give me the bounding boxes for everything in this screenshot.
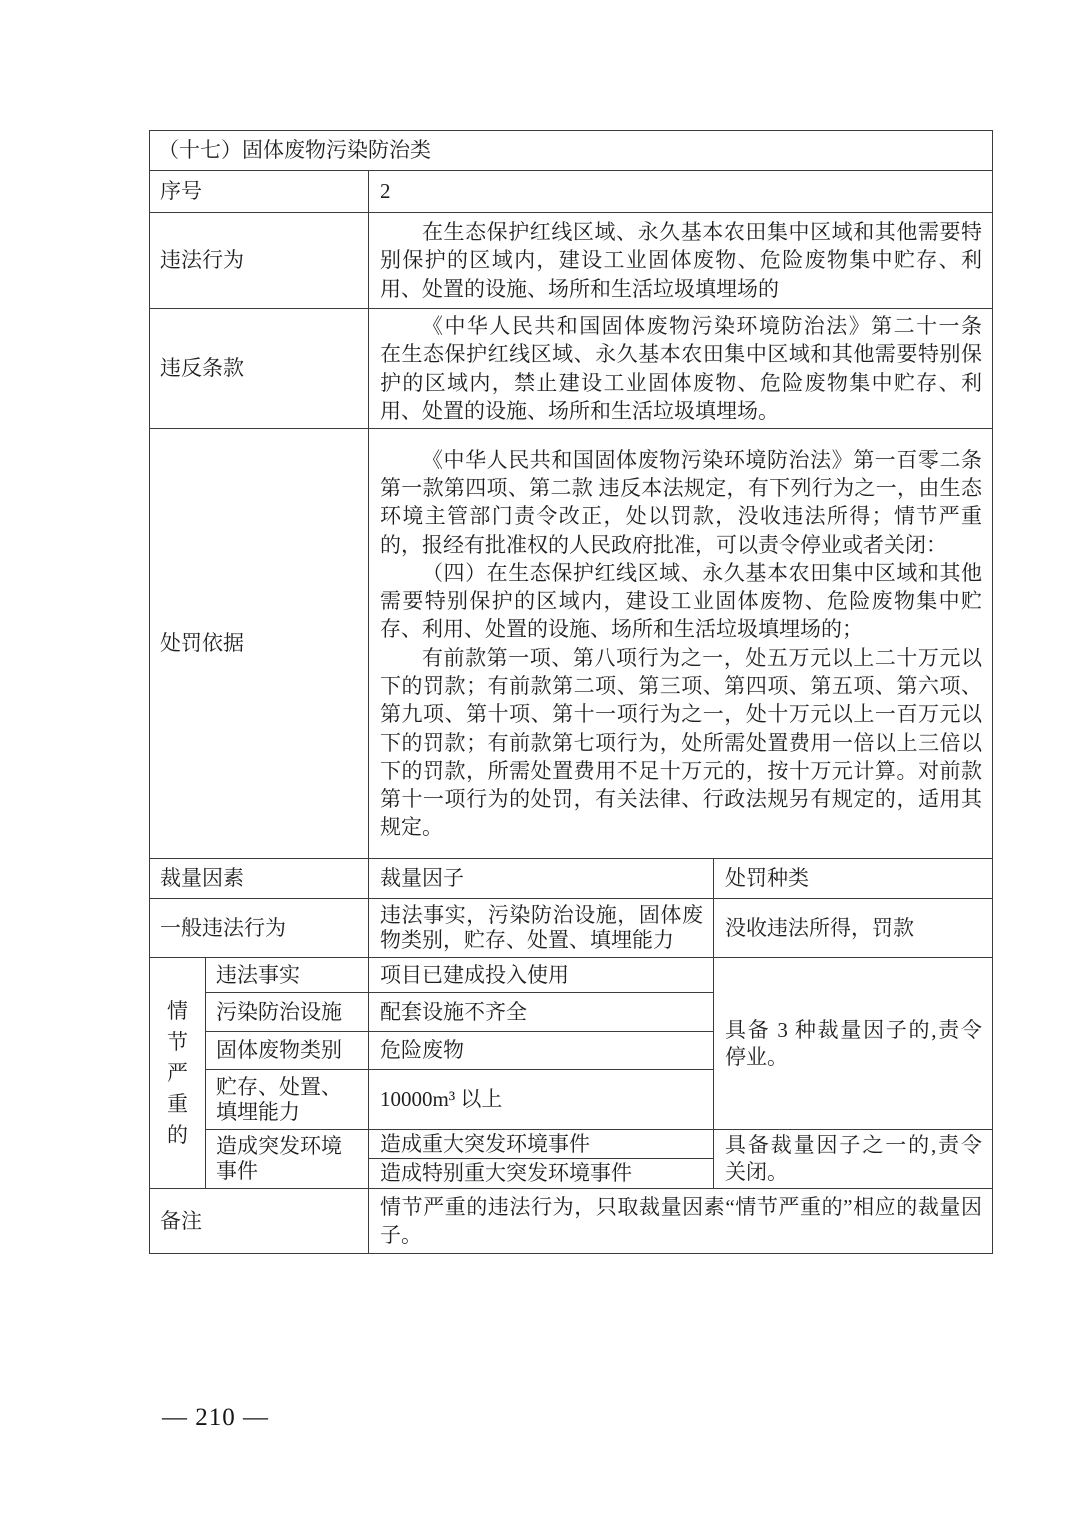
row-severe-incident-major: 造成突发环境事件 造成重大突发环境事件 具备裁量因子之一的,责令关闭。	[150, 1130, 993, 1159]
severe-incident-extreme-value: 造成特别重大突发环境事件	[369, 1159, 714, 1189]
severe-label-cell: 情节严重的	[150, 958, 206, 1189]
row-remark: 备注 情节严重的违法行为，只取裁量因素“情节严重的”相应的裁量因子。	[150, 1189, 993, 1254]
penalty-type-header: 处罚种类	[714, 859, 993, 899]
factor-header: 裁量因子	[369, 859, 714, 899]
remark-label: 备注	[150, 1189, 369, 1254]
clause-text-cell: 《中华人民共和国固体废物污染环境防治法》第二十一条 在生态保护红线区域、永久基本…	[369, 309, 993, 429]
severe-capacity-label: 贮存、处置、填埋能力	[206, 1070, 369, 1130]
violation-text-cell: 在生态保护红线区域、永久基本农田集中区域和其他需要特别保护的区域内，建设工业固体…	[369, 213, 993, 309]
penalty-basis-paragraph-3: 有前款第一项、第八项行为之一，处五万元以上二十万元以下的罚款；有前款第二项、第三…	[380, 644, 982, 842]
penalty-basis-paragraph-1: 《中华人民共和国固体废物污染环境防治法》第一百零二条第一款第四项、第二款 违反本…	[380, 446, 982, 559]
row-serial: 序号 2	[150, 171, 993, 213]
row-clause: 违反条款 《中华人民共和国固体废物污染环境防治法》第二十一条 在生态保护红线区域…	[150, 309, 993, 429]
severe-facilities-value: 配套设施不齐全	[369, 993, 714, 1032]
serial-label: 序号	[150, 171, 369, 213]
general-violation-factors: 违法事实，污染防治设施，固体废物类别，贮存、处置、填埋能力	[369, 899, 714, 958]
row-general-violation: 一般违法行为 违法事实，污染防治设施，固体废物类别，贮存、处置、填埋能力 没收违…	[150, 899, 993, 958]
section-title: （十七）固体废物污染防治类	[150, 131, 993, 171]
severe-fact-value: 项目已建成投入使用	[369, 958, 714, 993]
serial-value: 2	[369, 171, 993, 213]
severe-waste-type-label: 固体废物类别	[206, 1032, 369, 1070]
severe-waste-type-value: 危险废物	[369, 1032, 714, 1070]
clause-text: 《中华人民共和国固体废物污染环境防治法》第二十一条 在生态保护红线区域、永久基本…	[380, 312, 982, 425]
factor-category-header: 裁量因素	[150, 859, 369, 899]
row-penalty-basis: 处罚依据 《中华人民共和国固体废物污染环境防治法》第一百零二条第一款第四项、第二…	[150, 429, 993, 859]
document-page: { "page": { "number": "— 210 —" }, "tabl…	[0, 0, 1074, 1520]
severe-penalty-three-factors: 具备 3 种裁量因子的,责令停业。	[714, 958, 993, 1130]
severe-incident-label: 造成突发环境事件	[206, 1130, 369, 1189]
remark-text: 情节严重的违法行为，只取裁量因素“情节严重的”相应的裁量因子。	[369, 1189, 993, 1254]
row-severe-fact: 情节严重的 违法事实 项目已建成投入使用 具备 3 种裁量因子的,责令停业。	[150, 958, 993, 993]
severe-facilities-label: 污染防治设施	[206, 993, 369, 1032]
violation-text: 在生态保护红线区域、永久基本农田集中区域和其他需要特别保护的区域内，建设工业固体…	[380, 218, 982, 303]
general-violation-penalty: 没收违法所得，罚款	[714, 899, 993, 958]
page-number: — 210 —	[162, 1404, 269, 1432]
severe-capacity-value: 10000m³ 以上	[369, 1070, 714, 1130]
violation-penalty-table: （十七）固体废物污染防治类 序号 2 违法行为 在生态保护红线区域、永久基本农田…	[149, 130, 993, 1254]
general-violation-label: 一般违法行为	[150, 899, 369, 958]
severe-penalty-one-factor: 具备裁量因子之一的,责令关闭。	[714, 1130, 993, 1189]
row-violation: 违法行为 在生态保护红线区域、永久基本农田集中区域和其他需要特别保护的区域内，建…	[150, 213, 993, 309]
severe-incident-major-value: 造成重大突发环境事件	[369, 1130, 714, 1159]
clause-label: 违反条款	[150, 309, 369, 429]
severe-fact-label: 违法事实	[206, 958, 369, 993]
penalty-basis-paragraph-2: （四）在生态保护红线区域、永久基本农田集中区域和其他需要特别保护的区域内，建设工…	[380, 559, 982, 644]
row-factor-header: 裁量因素 裁量因子 处罚种类	[150, 859, 993, 899]
penalty-basis-label: 处罚依据	[150, 429, 369, 859]
penalty-basis-text-cell: 《中华人民共和国固体废物污染环境防治法》第一百零二条第一款第四项、第二款 违反本…	[369, 429, 993, 859]
severe-label: 情节严重的	[166, 996, 189, 1151]
violation-label: 违法行为	[150, 213, 369, 309]
